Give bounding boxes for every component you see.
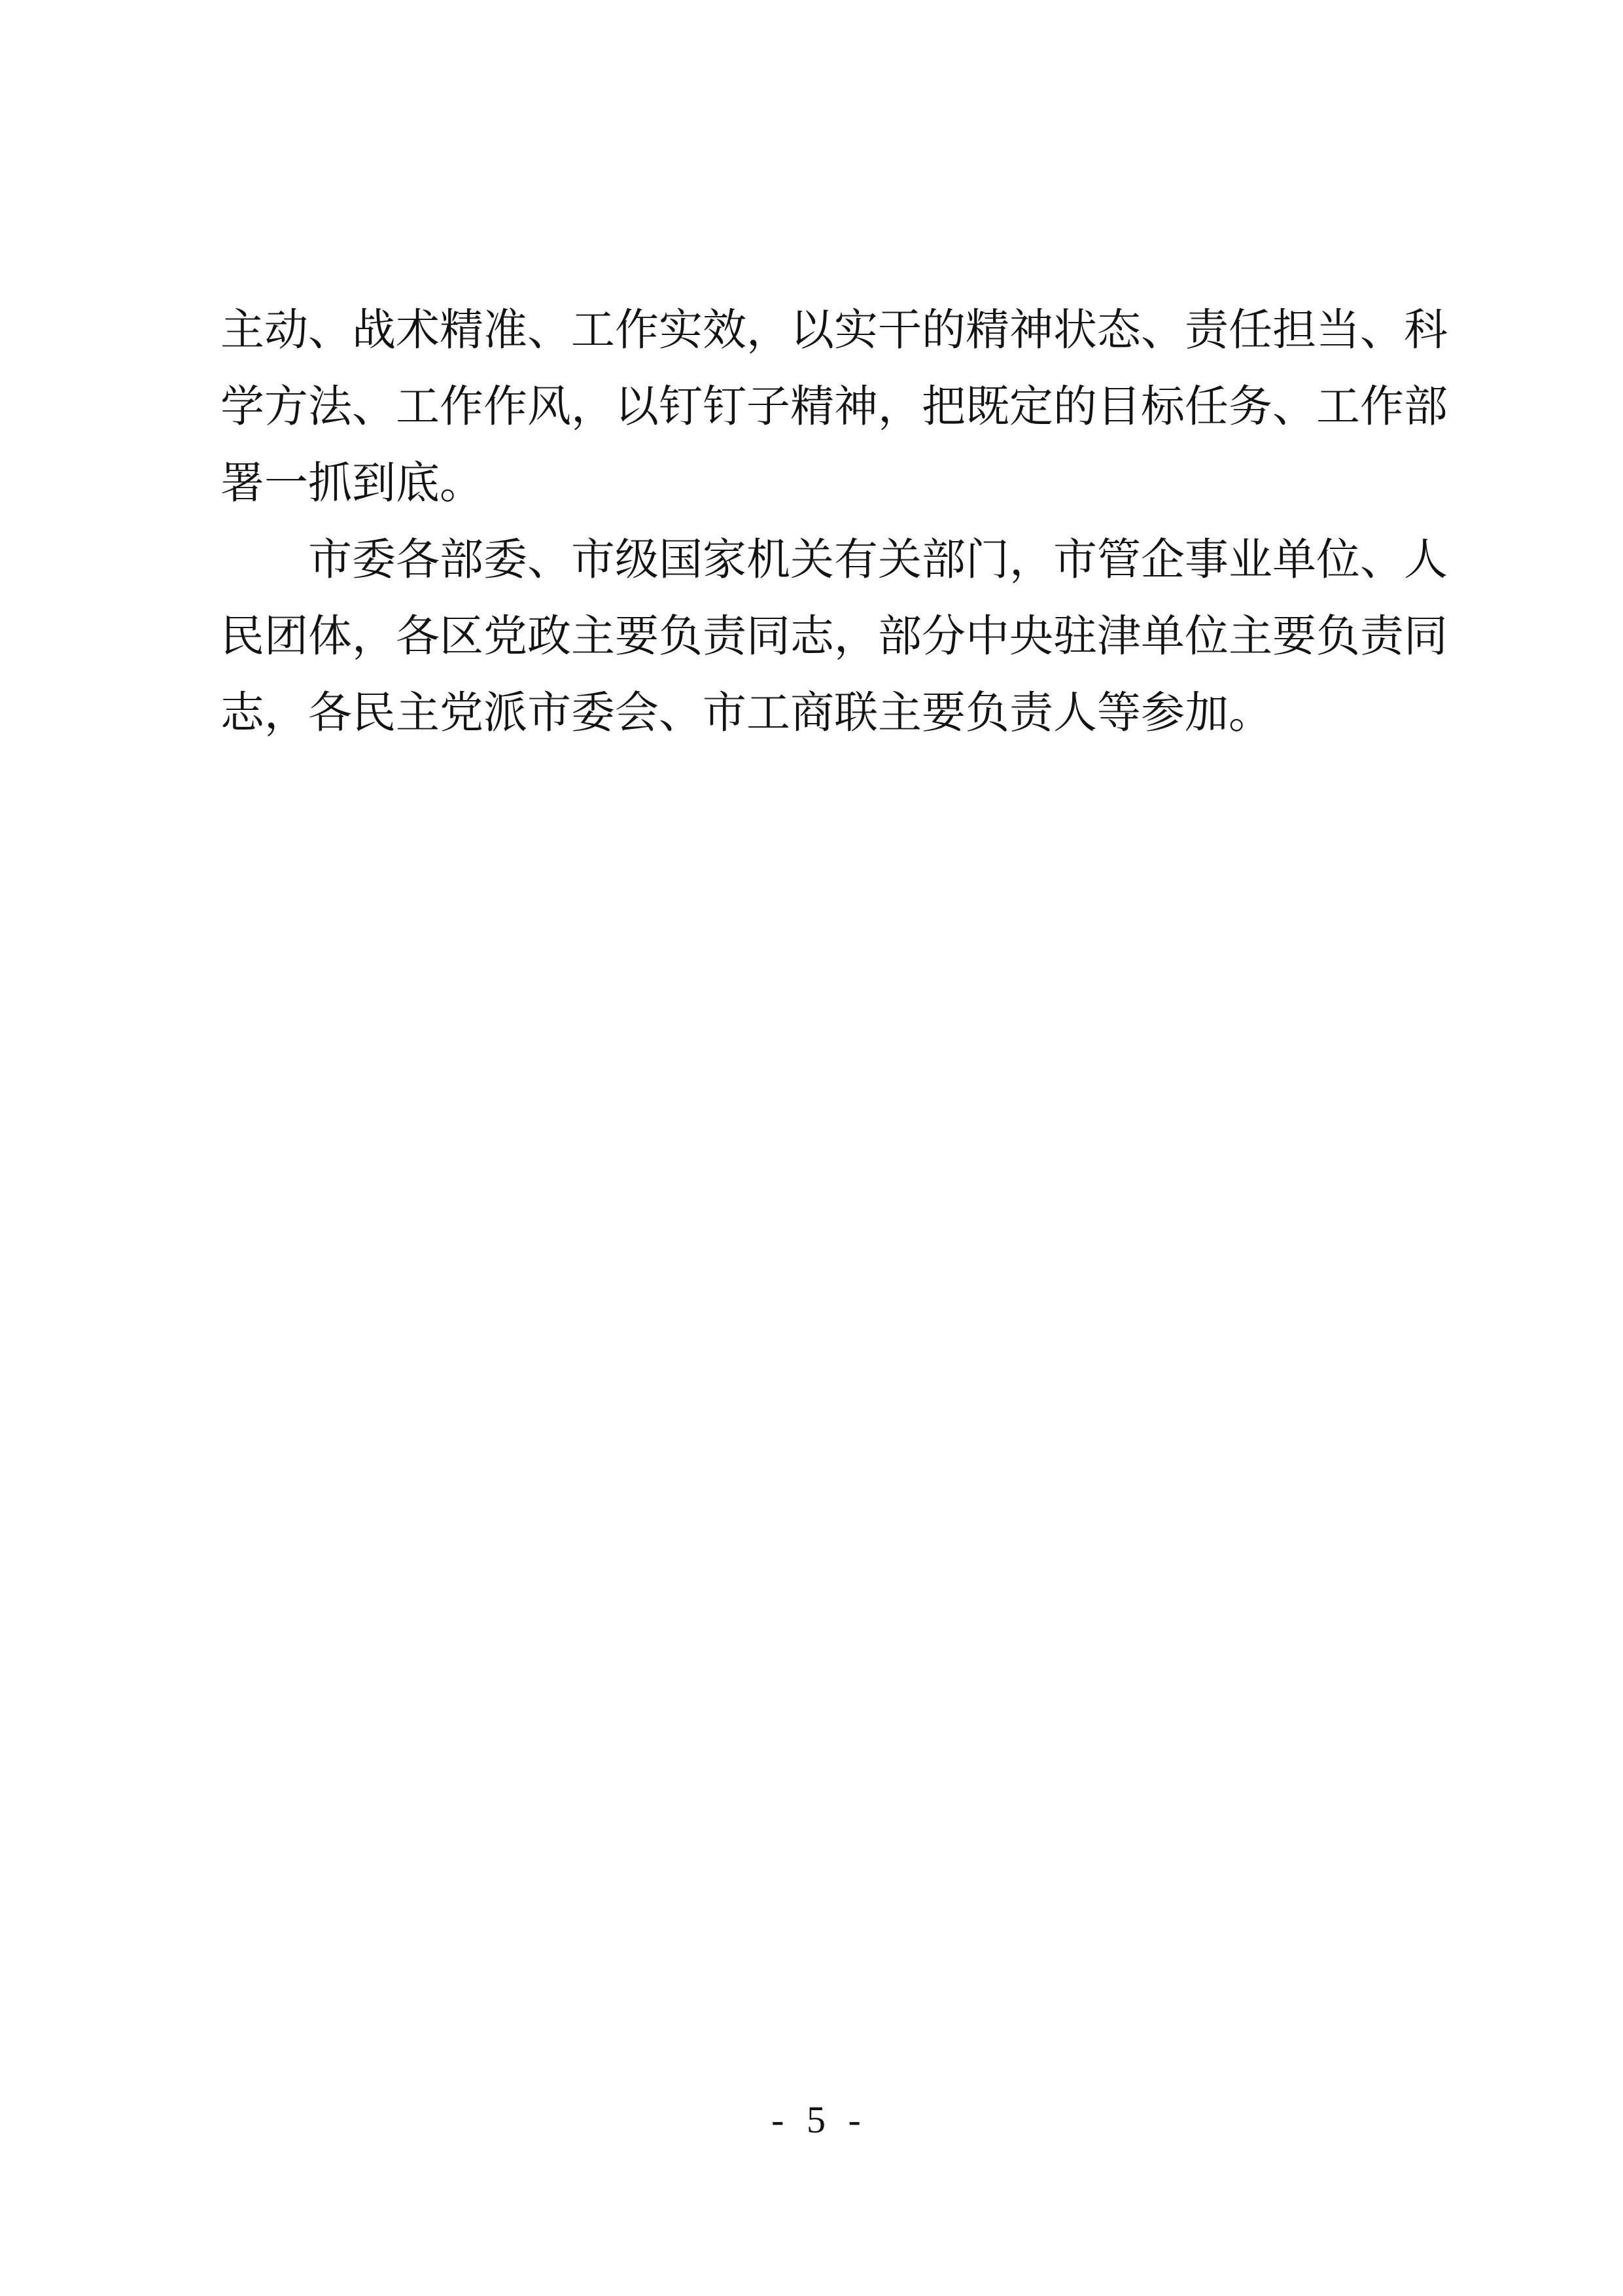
text-line: 民团体，各区党政主要负责同志，部分中央驻津单位主要负责同 (220, 599, 1448, 675)
text-line: 主动、战术精准、工作实效，以实干的精神状态、责任担当、科 (220, 292, 1448, 369)
body-text: 主动、战术精准、工作实效，以实干的精神状态、责任担当、科 学方法、工作作风，以钉… (220, 292, 1448, 752)
text-line: 志，各民主党派市委会、市工商联主要负责人等参加。 (220, 675, 1448, 752)
text-line: 署一抓到底。 (220, 446, 1448, 522)
text-line: 市委各部委、市级国家机关有关部门，市管企事业单位、人 (220, 522, 1448, 599)
paragraph-attendees: 市委各部委、市级国家机关有关部门，市管企事业单位、人 民团体，各区党政主要负责同… (220, 522, 1448, 752)
text-line: 学方法、工作作风，以钉钉子精神，把既定的目标任务、工作部 (220, 369, 1448, 446)
page-footer: - 5 - (0, 2097, 1623, 2143)
document-page: 主动、战术精准、工作实效，以实干的精神状态、责任担当、科 学方法、工作作风，以钉… (0, 0, 1623, 2296)
paragraph-continued: 主动、战术精准、工作实效，以实干的精神状态、责任担当、科 学方法、工作作风，以钉… (220, 292, 1448, 522)
page-number: - 5 - (771, 2098, 867, 2141)
